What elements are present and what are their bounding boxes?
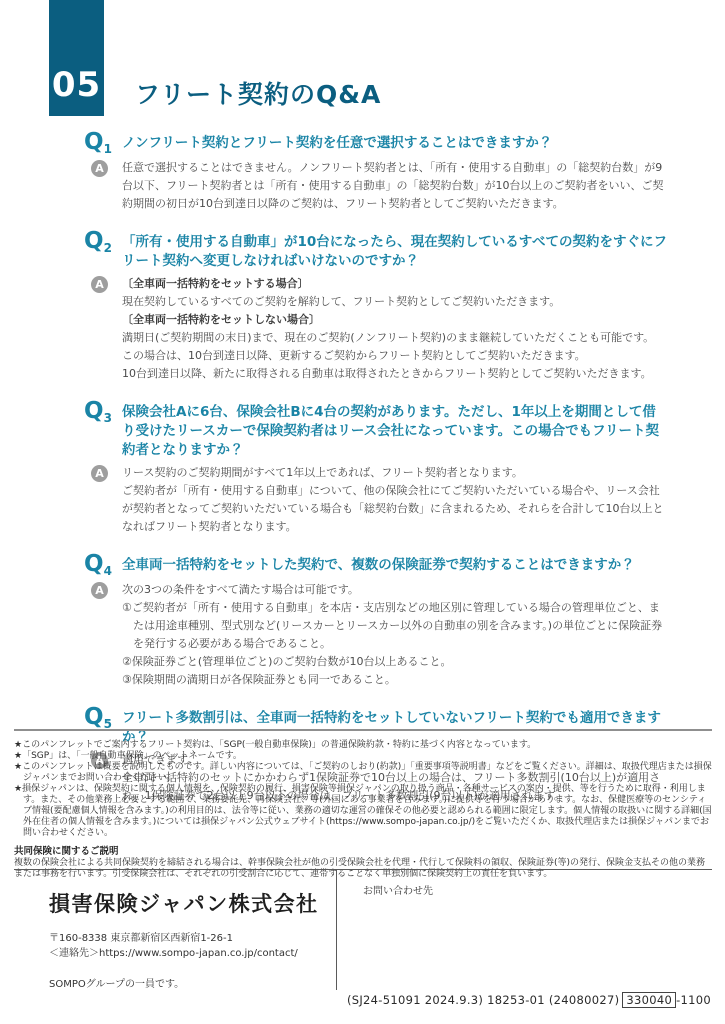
answer-icon-column: A <box>84 275 122 293</box>
footnote: ★損保ジャパンは、保険契約に関する個人情報を、保険契約の履行、損害保険等損保ジャ… <box>14 784 712 839</box>
company-address: 〒160-8338 東京都新宿区西新宿1-26-1 ＜連絡先＞https://w… <box>49 931 336 961</box>
print-code-prefix: (SJ24-51091 2024.9.3) 18253-01 (24080027… <box>347 993 619 1007</box>
answer-body: 任意で選択することはできません。ノンフリート契約者とは、「所有・使用する自動車」… <box>122 159 668 213</box>
question-text: ノンフリート契約とフリート契約を任意で選択することはできますか？ <box>122 131 552 153</box>
q-letter: Q <box>84 554 104 574</box>
question-number: 3 <box>104 412 112 424</box>
page-title: フリート契約のQ&A <box>135 75 381 111</box>
question-icon: Q3 <box>84 400 122 424</box>
footnote: ★このパンフレットは概要を説明したものです。詳しい内容については、「ご契約のしお… <box>14 762 712 784</box>
answer-line: 満期日(ご契約期間の末日)まで、現在のご契約(ノンフリート契約)のまま継続してい… <box>122 329 668 347</box>
answer-icon-column: A <box>84 581 122 599</box>
qa-item: Q1 ノンフリート契約とフリート契約を任意で選択することはできますか？ A 任意… <box>84 131 668 213</box>
a-letter: A <box>95 584 104 597</box>
section-number: 05 <box>52 68 101 102</box>
footnotes-section: ★このパンフレットでご案内するフリート契約は、「SGP(一般自動車保険)」の普通… <box>14 729 712 880</box>
footnote: ★「SGP」は、「一般自動車保険」のペットネームです。 <box>14 751 712 762</box>
question-text: 「所有・使用する自動車」が10台になったら、現在契約しているすべての契約をすぐに… <box>122 230 668 271</box>
answer-line: 現在契約しているすべてのご契約を解約して、フリート契約としてご契約いただきます。 <box>122 293 668 311</box>
company-name: 損害保険ジャパン株式会社 <box>49 888 336 918</box>
answer-body: 〔全車両一括特約をセットする場合〕現在契約しているすべてのご契約を解約して、フリ… <box>122 275 668 383</box>
answer-icon: A <box>91 582 108 599</box>
inquiry-label: お問い合わせ先 <box>363 882 712 897</box>
question-text: 保険会社Aに6台、保険会社Bに4台の契約があります。ただし、1年以上を期間として… <box>122 400 668 460</box>
footer: 損害保険ジャパン株式会社 〒160-8338 東京都新宿区西新宿1-26-1 ＜… <box>14 869 712 990</box>
coinsurance-heading: 共同保険に関するご説明 <box>14 846 712 858</box>
q-letter: Q <box>84 231 104 251</box>
footnote-list: ★このパンフレットでご案内するフリート契約は、「SGP(一般自動車保険)」の普通… <box>14 740 712 839</box>
answer-line: 次の3つの条件をすべて満たす場合は可能です。 <box>122 581 668 599</box>
print-code-suffix: -1100 <box>676 993 711 1007</box>
answer-line: 〔全車両一括特約をセットしない場合〕 <box>122 311 668 329</box>
answer-icon-column: A <box>84 159 122 177</box>
qa-item: Q4 全車両一括特約をセットした契約で、複数の保険証券で契約することはできますか… <box>84 553 668 689</box>
question-icon: Q4 <box>84 553 122 577</box>
print-code: (SJ24-51091 2024.9.3) 18253-01 (24080027… <box>347 992 711 1008</box>
answer-line: ①ご契約者が「所有・使用する自動車」を本店・支店別などの地区別に管理している場合… <box>122 599 668 653</box>
q-letter: Q <box>84 707 104 727</box>
q-letter: Q <box>84 401 104 421</box>
a-letter: A <box>95 162 104 175</box>
inquiry-block: お問い合わせ先 <box>337 870 712 990</box>
question-number: 4 <box>104 565 112 577</box>
section-number-badge: 05 <box>49 0 104 116</box>
question-text: 全車両一括特約をセットした契約で、複数の保険証券で契約することはできますか？ <box>122 553 635 575</box>
answer-line: ③保険期間の満期日が各保険証券とも同一であること。 <box>122 671 668 689</box>
answer-line: この場合は、10台到達日以降、更新するご契約からフリート契約としてご契約いただき… <box>122 347 668 365</box>
question-number: 2 <box>104 242 112 254</box>
print-code-boxed: 330040 <box>622 992 676 1008</box>
question-number: 1 <box>104 143 112 155</box>
contact-url[interactable]: ＜連絡先＞https://www.sompo-japan.co.jp/conta… <box>49 948 298 959</box>
q-letter: Q <box>84 132 104 152</box>
a-letter: A <box>95 278 104 291</box>
answer-icon-column: A <box>84 464 122 482</box>
qa-item: Q2 「所有・使用する自動車」が10台になったら、現在契約しているすべての契約を… <box>84 230 668 383</box>
answer-line: 10台到達日以降、新たに取得される自動車は取得されたときからフリート契約としてご… <box>122 365 668 383</box>
question-icon: Q5 <box>84 706 122 730</box>
pamphlet-page: 05 フリート契約のQ&A Q1 ノンフリート契約とフリート契約を任意で選択する… <box>0 0 725 1024</box>
answer-icon: A <box>91 276 108 293</box>
answer-line: ご契約者が「所有・使用する自動車」について、他の保険会社にてご契約いただいている… <box>122 482 668 536</box>
question-icon: Q2 <box>84 230 122 254</box>
postal-address: 〒160-8338 東京都新宿区西新宿1-26-1 <box>49 933 233 944</box>
answer-line: リース契約のご契約期間がすべて1年以上であれば、フリート契約者となります。 <box>122 464 668 482</box>
qa-item: Q3 保険会社Aに6台、保険会社Bに4台の契約があります。ただし、1年以上を期間… <box>84 400 668 536</box>
answer-icon: A <box>91 465 108 482</box>
answer-body: リース契約のご契約期間がすべて1年以上であれば、フリート契約者となります。ご契約… <box>122 464 668 536</box>
answer-icon: A <box>91 160 108 177</box>
answer-line: ②保険証券ごと(管理単位ごと)のご契約台数が10台以上あること。 <box>122 653 668 671</box>
answer-line: 任意で選択することはできません。ノンフリート契約者とは、「所有・使用する自動車」… <box>122 159 668 213</box>
a-letter: A <box>95 467 104 480</box>
answer-line: 〔全車両一括特約をセットする場合〕 <box>122 275 668 293</box>
company-block: 損害保険ジャパン株式会社 〒160-8338 東京都新宿区西新宿1-26-1 ＜… <box>14 870 337 990</box>
answer-body: 次の3つの条件をすべて満たす場合は可能です。①ご契約者が「所有・使用する自動車」… <box>122 581 668 689</box>
footnote: ★このパンフレットでご案内するフリート契約は、「SGP(一般自動車保険)」の普通… <box>14 740 712 751</box>
qa-list: Q1 ノンフリート契約とフリート契約を任意で選択することはできますか？ A 任意… <box>84 131 668 822</box>
question-icon: Q1 <box>84 131 122 155</box>
group-note: SOMPOグループの一員です。 <box>49 975 336 990</box>
